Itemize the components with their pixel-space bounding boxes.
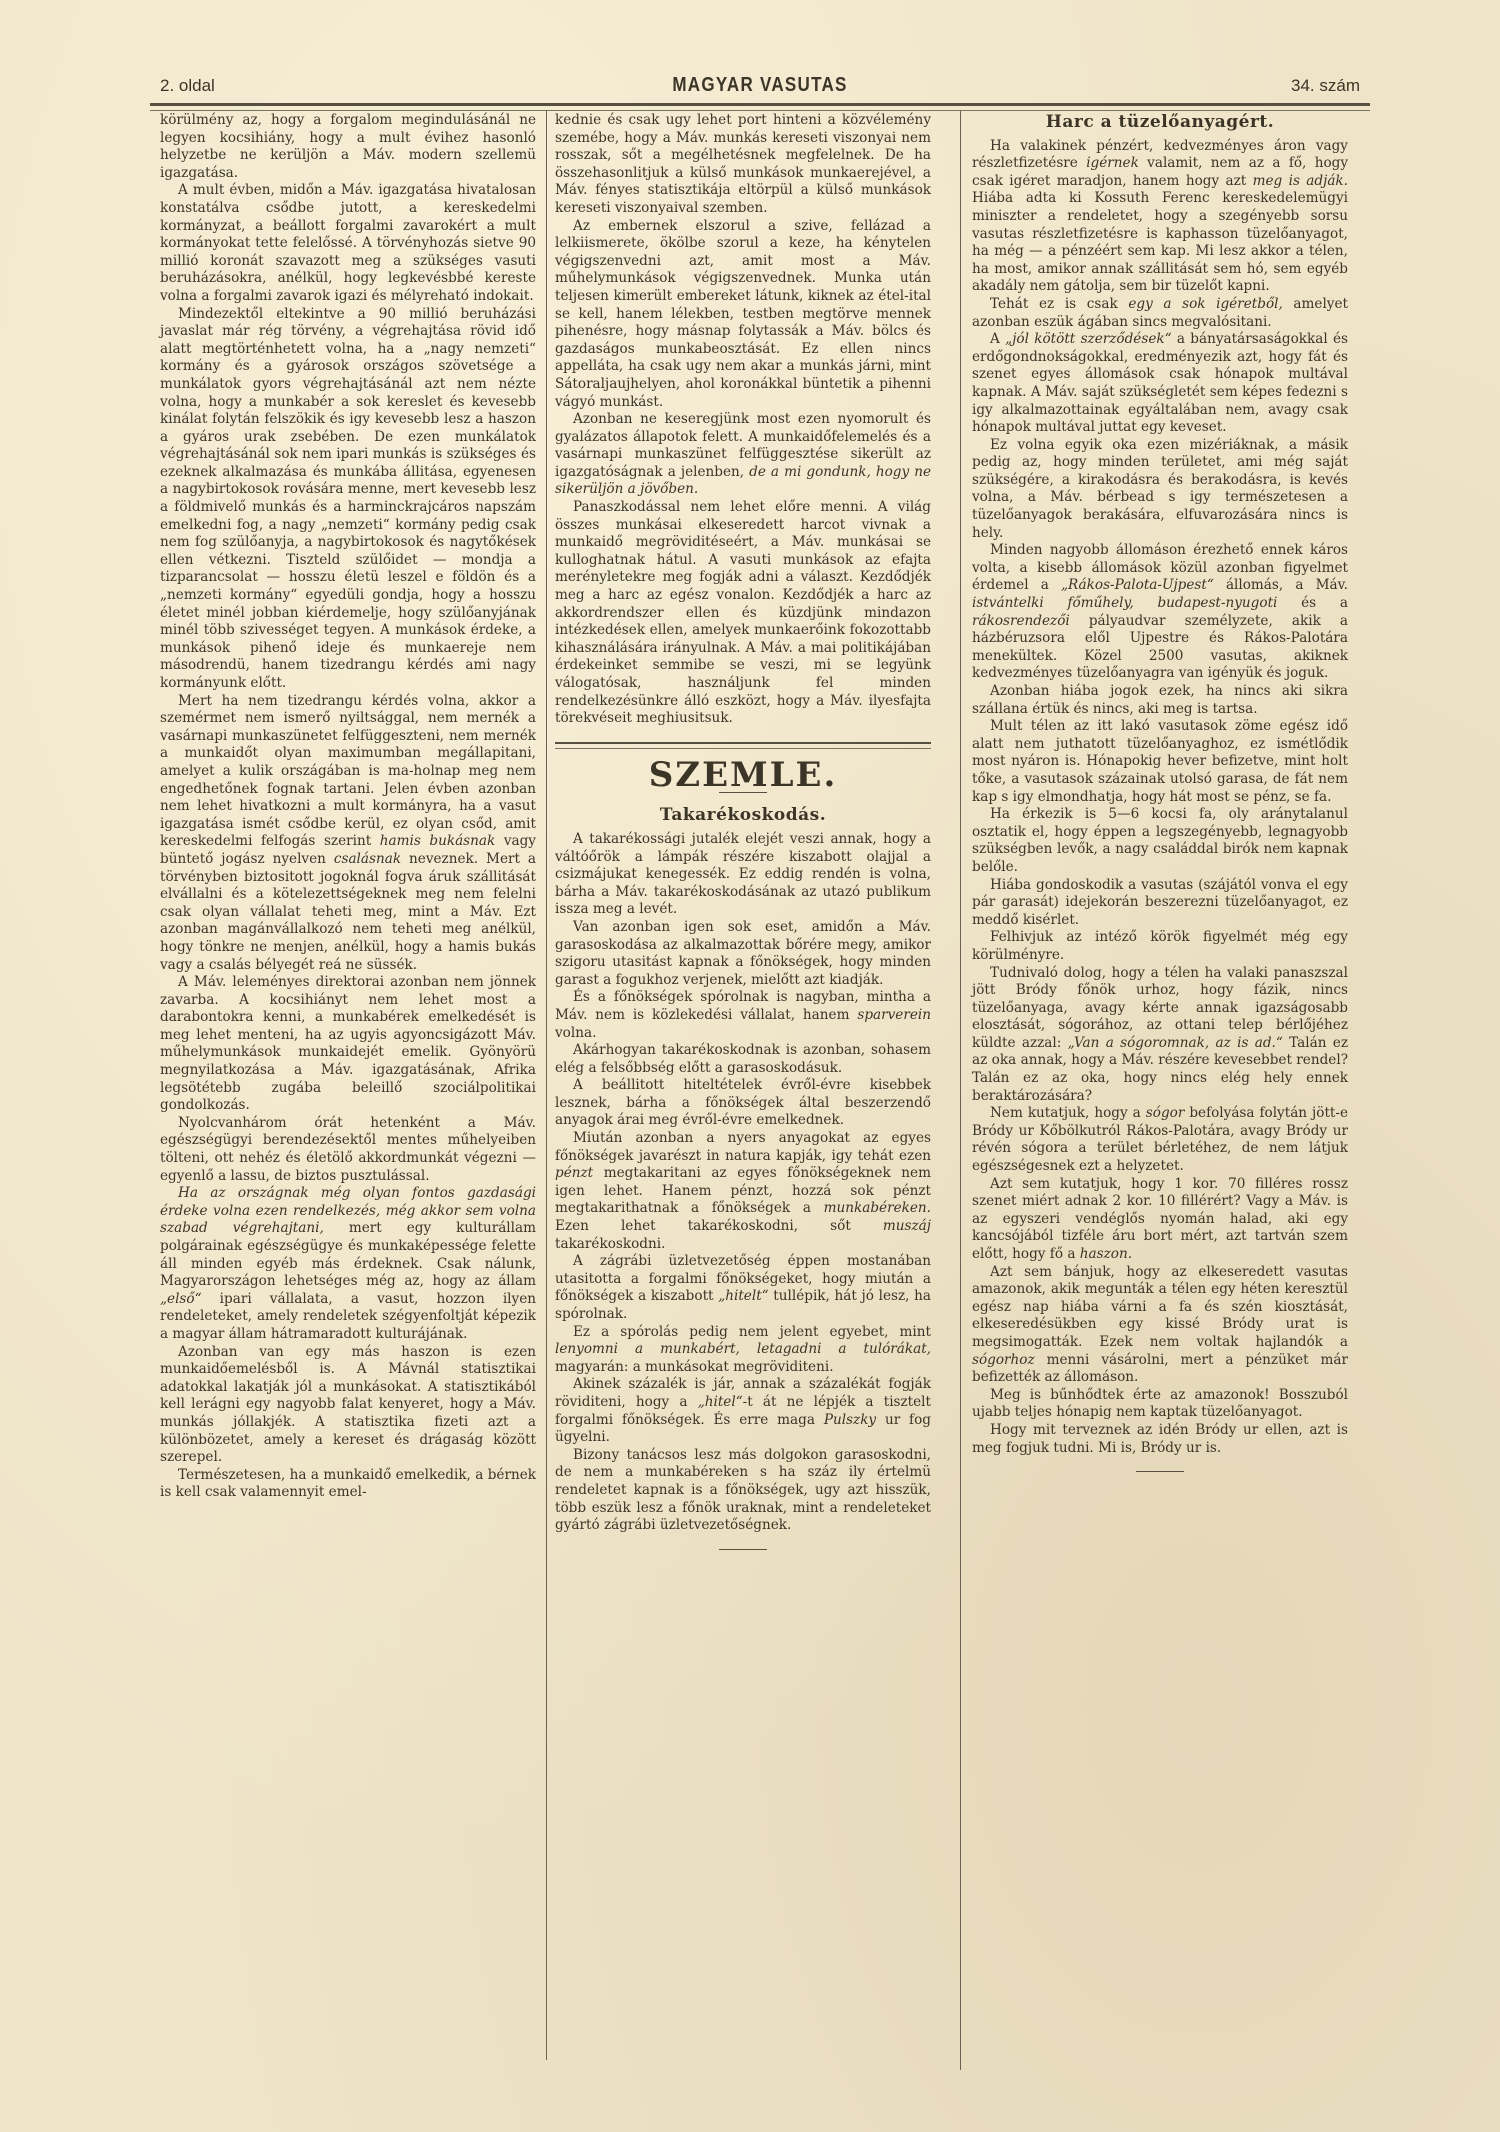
column-1: körülmény az, hogy a forgalom megindulás… [160,112,536,1502]
page-label: 2. oldal [160,76,215,96]
paragraph: Azt sem bánjuk, hogy az elkeseredett vas… [972,1264,1348,1387]
masthead-rule [150,103,1370,111]
paragraph: Ez a spórolás pedig nem jelent egyebet, … [555,1324,931,1377]
column-divider [546,110,547,2060]
paragraph: Azt sem kutatjuk, hogy 1 kor. 70 fillére… [972,1176,1348,1264]
paragraph: Nyolcvanhárom órát hetenként a Máv. egés… [160,1115,536,1185]
newspaper-page: 2. oldal MAGYAR VASUTAS 34. szám körülmé… [150,70,1370,2070]
paragraph: Nem kutatjuk, hogy a sógor befolyása fol… [972,1105,1348,1175]
paragraph: Ha az országnak még olyan fontos gazdasá… [160,1185,536,1343]
paragraph: Mult télen az itt lakó vasutasok zöme eg… [972,718,1348,806]
paragraph: Panaszkodással nem lehet előre menni. A … [555,499,931,728]
paragraph: Hiába gondoskodik a vasutas (szájától vo… [972,877,1348,930]
paragraph: A takarékossági jutalék elejét veszi ann… [555,831,931,919]
paragraph: Felhivjuk az intéző körök figyelmét még … [972,929,1348,964]
paragraph: Akárhogyan takarékoskodnak is azonban, s… [555,1042,931,1077]
paragraph: Bizony tanácsos lesz más dolgokon garaso… [555,1447,931,1535]
issue-number: 34. szám [1291,76,1360,96]
paragraph: Van azonban igen sok eset, amidőn a Máv.… [555,919,931,989]
article-end-rule [719,1549,767,1550]
paragraph: Meg is bűnhődtek érte az amazonok! Bossz… [972,1387,1348,1422]
paragraph: körülmény az, hogy a forgalom megindulás… [160,112,536,182]
paragraph: A Máv. leleményes direktorai azonban nem… [160,974,536,1115]
paragraph: Azonban ne keseregjünk most ezen nyomoru… [555,411,931,499]
paragraph: Ha érkezik is 5—6 kocsi fa, oly aránytal… [972,806,1348,876]
paragraph: Tehát ez is csak egy a sok igéretből, am… [972,296,1348,331]
paragraph: Ez volna egyik oka ezen mizériáknak, a m… [972,437,1348,543]
column-divider [960,110,961,2070]
paragraph: A mult évben, midőn a Máv. igazgatása hi… [160,182,536,305]
paragraph: kednie és csak ugy lehet port hinteni a … [555,112,931,218]
section-divider [555,742,931,749]
column-2: kednie és csak ugy lehet port hinteni a … [555,112,931,1550]
paragraph: Hogy mit terveznek az idén Bródy ur elle… [972,1422,1348,1457]
paragraph: Természetesen, ha a munkaidő emelkedik, … [160,1467,536,1502]
paragraph: Akinek százalék is jár, annak a százalék… [555,1376,931,1446]
paragraph: Miután azonban a nyers anyagokat az egye… [555,1130,931,1253]
paragraph: És a főnökségek spórolnak is nagyban, mi… [555,989,931,1042]
paragraph: Azonban hiába jogok ezek, ha nincs aki s… [972,683,1348,718]
paragraph: Minden nagyobb állomáson érezhető ennek … [972,542,1348,683]
section-title: SZEMLE. [555,767,931,785]
paragraph: A zágrábi üzletvezetőség éppen mostanába… [555,1253,931,1323]
article-end-rule [1136,1471,1184,1472]
paragraph: A beállitott hiteltételek évről-évre kis… [555,1077,931,1130]
paragraph: Az embernek elszorul a szive, fellázad a… [555,218,931,412]
article-title: Takarékoskodás. [555,807,931,825]
masthead: 2. oldal MAGYAR VASUTAS 34. szám [150,70,1370,100]
paragraph: Ha valakinek pénzért, kedvezményes áron … [972,138,1348,296]
paragraph: Azonban van egy más haszon is ezen munka… [160,1344,536,1467]
paragraph: A „jól kötött szerződések“ a bányatársas… [972,331,1348,437]
paragraph: Tudnivaló dolog, hogy a télen ha valaki … [972,965,1348,1106]
newspaper-title: MAGYAR VASUTAS [242,74,1279,97]
article-title: Harc a tüzelőanyagért. [972,114,1348,132]
paragraph: Mert ha nem tizedrangu kérdés volna, akk… [160,693,536,975]
column-3: Harc a tüzelőanyagért. Ha valakinek pénz… [972,112,1348,1472]
paragraph: Mindezektől eltekintve a 90 millió beruh… [160,306,536,693]
